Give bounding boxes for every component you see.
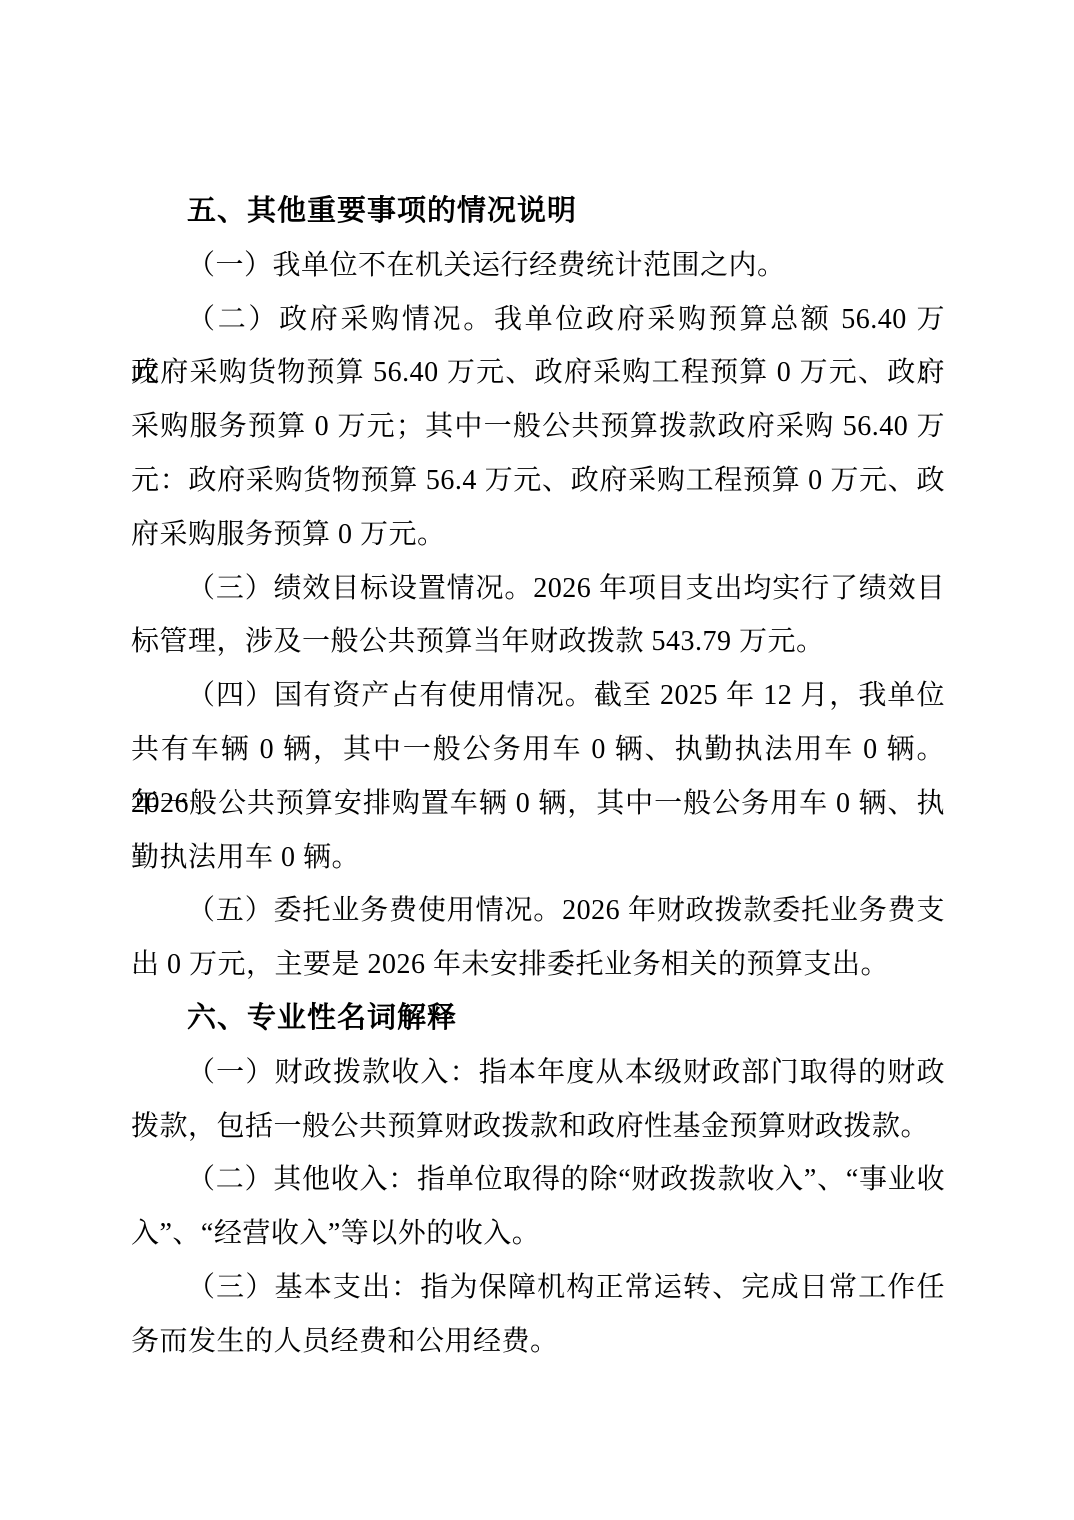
text-line: 务而发生的人员经费和公用经费。 [131, 1315, 945, 1369]
document-page: 五、其他重要事项的情况说明（一）我单位不在机关运行经费统计范围之内。（二）政府采… [0, 0, 1074, 1520]
text-line: 勤执法用车 0 辆。 [131, 831, 945, 885]
text-line: 出 0 万元，主要是 2026 年未安排委托业务相关的预算支出。 [131, 938, 945, 992]
text-line: （四）国有资产占有使用情况。截至 2025 年 12 月，我单位 [131, 669, 945, 723]
text-line: 共有车辆 0 辆，其中一般公务用车 0 辆、执勤执法用车 0 辆。2026 [131, 723, 945, 777]
section-6-heading: 六、专业性名词解释 [131, 992, 945, 1046]
text-line: （一）我单位不在机关运行经费统计范围之内。 [131, 239, 945, 293]
text-line: 拨款，包括一般公共预算财政拨款和政府性基金预算财政拨款。 [131, 1100, 945, 1154]
text-line: （五）委托业务费使用情况。2026 年财政拨款委托业务费支 [131, 884, 945, 938]
text-line: 年一般公共预算安排购置车辆 0 辆，其中一般公务用车 0 辆、执 [131, 777, 945, 831]
section-5-heading: 五、其他重要事项的情况说明 [131, 185, 945, 239]
text-line: 政府采购货物预算 56.40 万元、政府采购工程预算 0 万元、政府 [131, 346, 945, 400]
text-line: 府采购服务预算 0 万元。 [131, 508, 945, 562]
text-line: （三）绩效目标设置情况。2026 年项目支出均实行了绩效目 [131, 562, 945, 616]
text-line: （二）其他收入：指单位取得的除“财政拨款收入”、“事业收 [131, 1153, 945, 1207]
text-line: 入”、“经营收入”等以外的收入。 [131, 1207, 945, 1261]
text-line: （二）政府采购情况。我单位政府采购预算总额 56.40 万元： [131, 293, 945, 347]
text-line: 元：政府采购货物预算 56.4 万元、政府采购工程预算 0 万元、政 [131, 454, 945, 508]
text-line: （三）基本支出：指为保障机构正常运转、完成日常工作任 [131, 1261, 945, 1315]
text-line: 标管理，涉及一般公共预算当年财政拨款 543.79 万元。 [131, 615, 945, 669]
document-body: 五、其他重要事项的情况说明（一）我单位不在机关运行经费统计范围之内。（二）政府采… [131, 185, 945, 1369]
text-line: （一）财政拨款收入：指本年度从本级财政部门取得的财政 [131, 1046, 945, 1100]
text-line: 采购服务预算 0 万元；其中一般公共预算拨款政府采购 56.40 万 [131, 400, 945, 454]
